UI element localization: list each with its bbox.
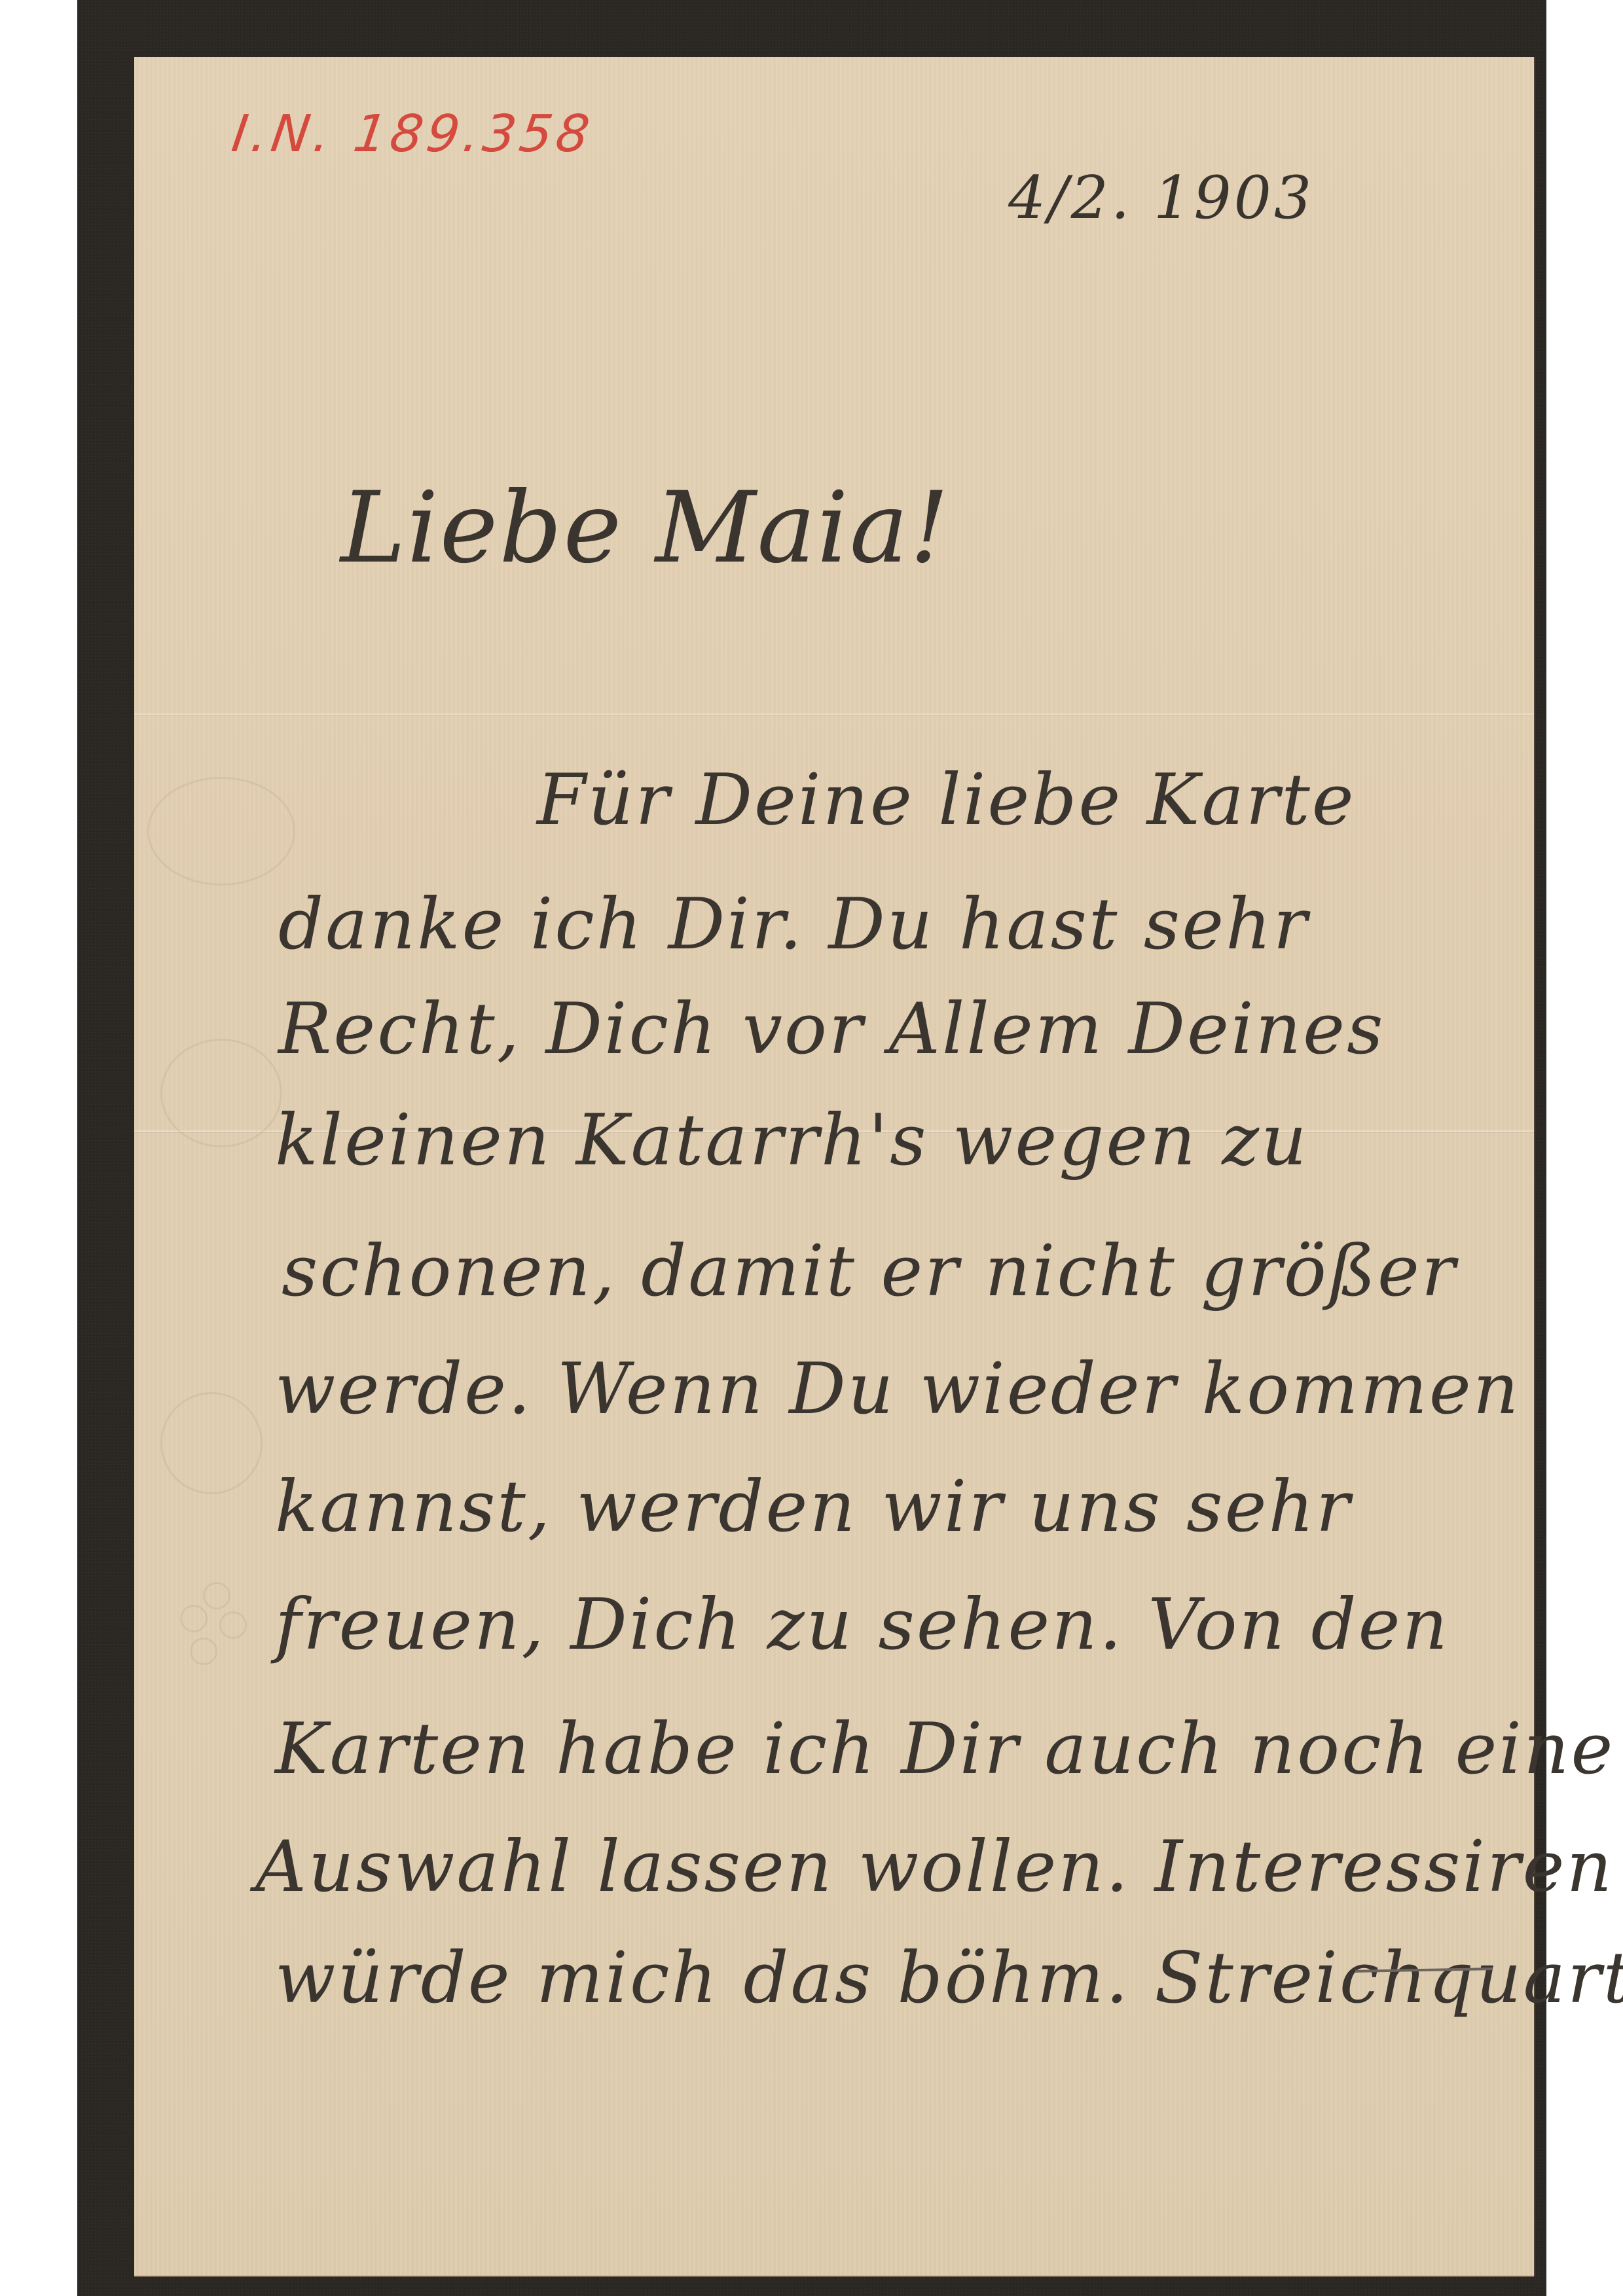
- letter-body-line: Auswahl lassen wollen. Interessiren: [255, 1826, 1614, 1908]
- letter-body-line: kannst, werden wir uns sehr: [275, 1466, 1352, 1548]
- embossed-letterhead-mark: [190, 1638, 217, 1665]
- embossed-letterhead-mark: [160, 1392, 263, 1494]
- paper-fold-line: [134, 713, 1534, 715]
- embossed-letterhead-mark: [219, 1611, 247, 1639]
- letter-salutation: Liebe Maia!: [340, 471, 951, 585]
- letter-body-line: werde. Wenn Du wieder kommen: [275, 1348, 1520, 1430]
- letter-body-line: Für Deine liebe Karte: [537, 759, 1356, 841]
- letter-body-line: freuen, Dich zu sehen. Von den: [275, 1584, 1450, 1666]
- embossed-letterhead-mark: [147, 777, 295, 886]
- archive-inventory-number: I.N. 189.358: [228, 105, 597, 164]
- letter-date: 4/2. 1903: [1008, 164, 1314, 232]
- letter-body-line: schonen, damit er nicht größer: [282, 1230, 1457, 1312]
- letter-body-line: danke ich Dir. Du hast sehr: [278, 884, 1309, 965]
- letter-body-line: würde mich das böhm. Streichquartett: [275, 1937, 1623, 2019]
- embossed-letterhead-mark: [160, 1039, 282, 1147]
- letter-body-line: Karten habe ich Dir auch noch eine: [275, 1708, 1614, 1790]
- embossed-letterhead-mark: [180, 1605, 208, 1632]
- letter-body-line: Recht, Dich vor Allem Deines: [278, 988, 1385, 1070]
- embossed-letterhead-mark: [203, 1582, 230, 1609]
- letter-body-line: kleinen Katarrh's wegen zu: [275, 1100, 1309, 1181]
